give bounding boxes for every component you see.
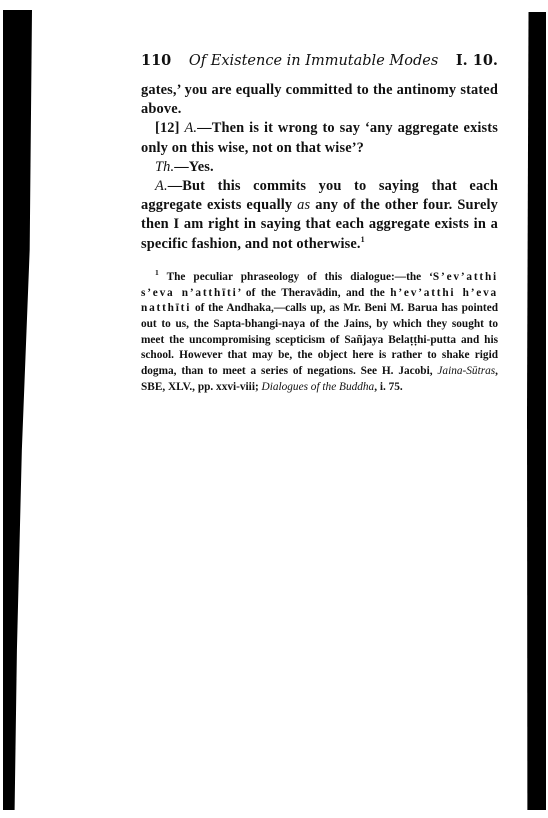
footnote-segment: The peculiar phraseology of this dialogu… (159, 271, 433, 283)
page-number: 110 (141, 52, 171, 69)
scan-edge-left (3, 10, 32, 810)
paragraph-marker: [12] (155, 120, 184, 136)
running-head: 110 Of Existence in Immutable Modes I. 1… (141, 52, 498, 69)
section-number: I. 10. (456, 52, 498, 69)
speaker-label: Th. (155, 159, 174, 175)
paragraph-12: [12] A.—Then is it wrong to say ‘any agg… (141, 119, 498, 157)
speaker-label: A. (155, 178, 168, 194)
paragraph-argument: A.—But this commits you to saying that e… (141, 177, 498, 254)
paragraph-continuation: gates,’ you are equally committed to the… (141, 81, 498, 119)
book-title: Dialogues of the Buddha (262, 381, 375, 393)
footnote-text: 1 The peculiar phraseology of this dialo… (141, 270, 498, 396)
footnote-segment: , i. 75. (374, 381, 403, 393)
chapter-title: Of Existence in Immutable Modes (189, 53, 438, 69)
book-page: 110 Of Existence in Immutable Modes I. 1… (141, 52, 498, 395)
book-title: Jaina-Sūtras (437, 365, 495, 377)
footnote-reference: 1 (361, 235, 365, 244)
footnote: 1 The peculiar phraseology of this dialo… (141, 270, 498, 396)
speaker-label: A. (184, 120, 197, 136)
emphasis-text: as (297, 197, 310, 213)
footnote-segment: ’ of the Theravādin, and the (238, 287, 391, 299)
dialogue-text: —Yes. (174, 159, 214, 175)
body-text: gates,’ you are equally committed to the… (141, 81, 498, 254)
scan-edge-right (527, 12, 546, 810)
paragraph-reply: Th.—Yes. (141, 158, 498, 177)
